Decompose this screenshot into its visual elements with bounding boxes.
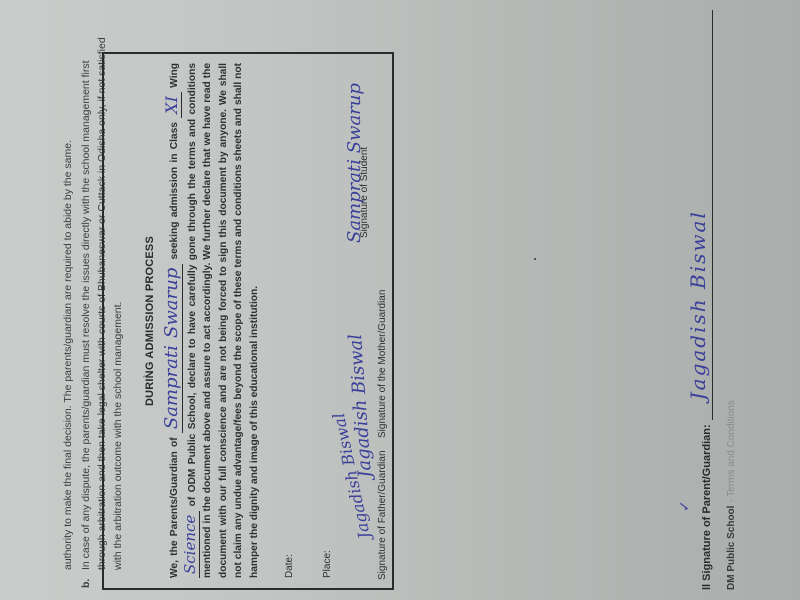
document-page: authority to make the final decision. Th… [0,0,800,600]
final-signature-label: ll Signature of Parent/Guardian: [701,424,713,590]
footer-subtitle: Terms and Conditions [726,400,737,497]
student-signature-label: Signature of Student [359,147,370,238]
signature-row: Jagadish Biswal Jagadish Biswal Samprati… [336,54,392,588]
section-title: DURING ADMISSION PROCESS [144,54,156,588]
ink-dot [534,258,536,260]
student-name-field[interactable]: Samprati Swarup [161,264,183,433]
clause-a-continuation: authority to make the final decision. Th… [60,10,76,570]
mother-signature-label: Signature of the Mother/Guardian [377,290,388,438]
page-footer: DM Public School - Terms and Conditions [726,400,737,590]
declaration-part-1: We, the Parents/Guardian of [169,433,180,578]
final-signature: Jagadish Biswal [686,210,710,400]
father-signature-label: Signature of Father/Guardian [377,450,388,580]
declaration-part-4: of ODM Public School, declare to have ca… [187,63,260,578]
declaration-text: We, the Parents/Guardian of Samprati Swa… [164,63,262,578]
final-signature-line: ll Signature of Parent/Guardian: Jagadis… [690,10,713,590]
class-field[interactable]: XI [162,92,182,118]
admission-declaration-box: ˎ DURING ADMISSION PROCESS We, the Paren… [102,52,394,590]
final-signature-field[interactable]: Jagadish Biswal [690,10,713,420]
declaration-part-3: Wing [169,63,180,92]
footer-separator: - [726,497,737,506]
declaration-part-2: seeking admission in Class [169,118,180,264]
wing-field[interactable]: Science [181,511,200,578]
place-label: Place: [322,550,333,578]
date-label: Date: [284,554,295,578]
footer-school: DM Public School [726,506,737,590]
